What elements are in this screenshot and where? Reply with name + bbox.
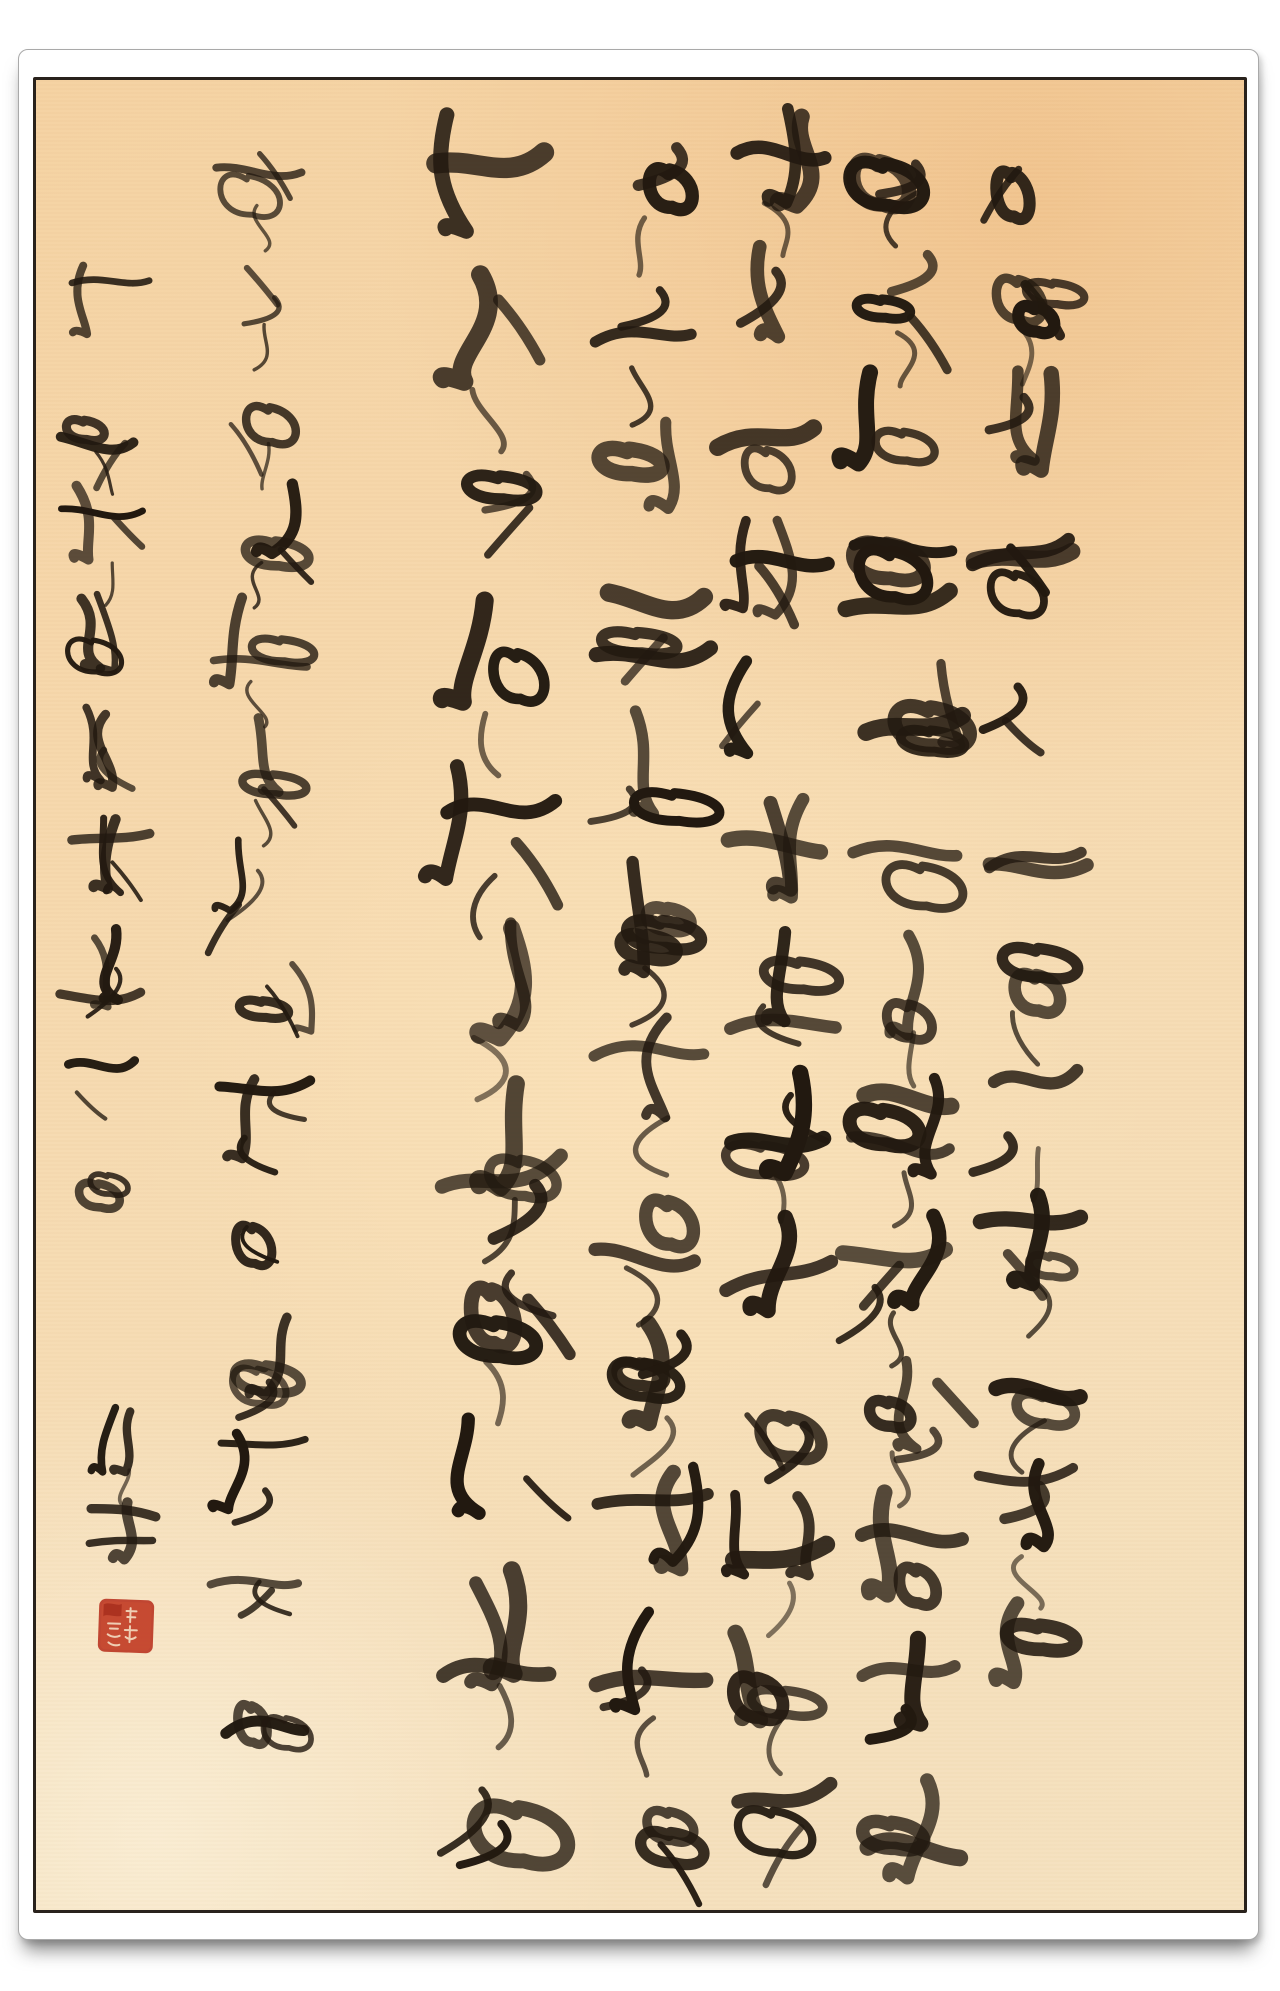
- photo-page: 横亳气与泊之右乃伏踏粮而 拽之挑之贵用甲圆倪求健不也 挫之提之不出此神解开也慢勹…: [0, 0, 1280, 1991]
- artist-seal-stamp: [96, 1597, 156, 1655]
- photo-mat-frame: [18, 49, 1259, 1940]
- seal-dense-patch: [103, 1603, 121, 1617]
- calligraphy-paper: [33, 77, 1247, 1913]
